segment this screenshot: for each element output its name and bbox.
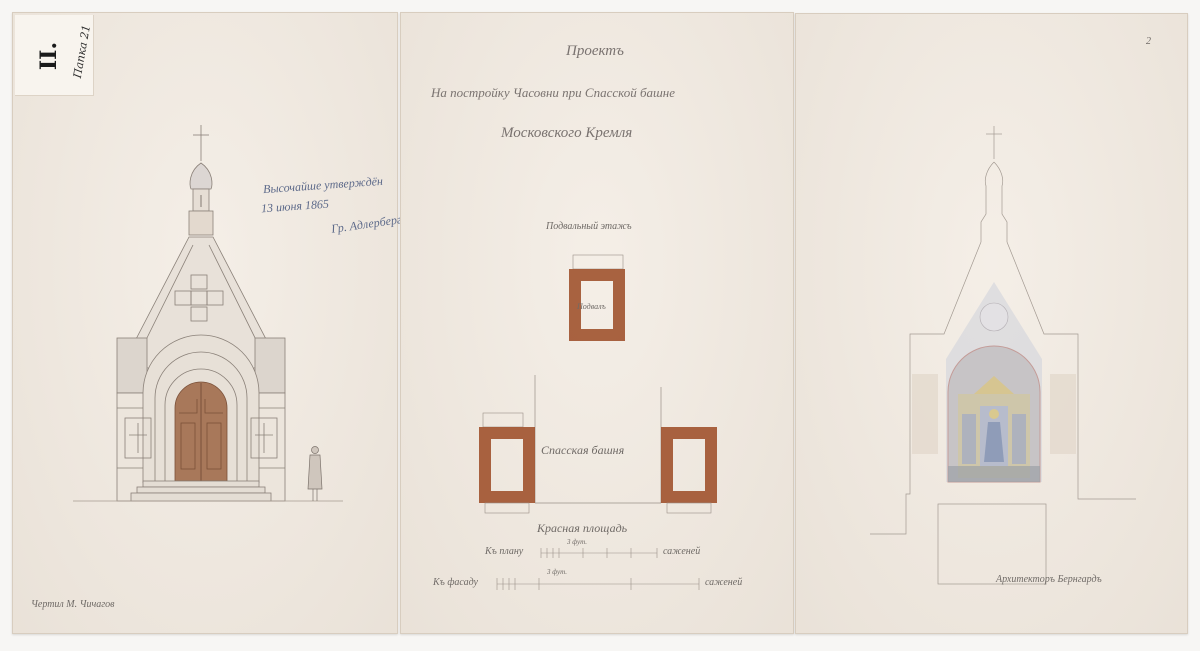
spasskaya-tower-label: Спасская башня: [541, 443, 624, 458]
scale-figure: [308, 447, 322, 502]
facade-scale-end-label: саженей: [705, 577, 742, 588]
right-chapel-plan: [661, 427, 717, 513]
architect-caption: Архитекторъ Бернгардъ: [996, 574, 1102, 585]
drawing-sheet-plans: Проектъ На постройку Часовни при Спасско…: [400, 12, 794, 634]
plan-scale-unit: 3 фут.: [567, 538, 587, 546]
left-chapel-plan: [479, 413, 535, 513]
draftsman-caption: Чертил М. Чичагов: [31, 599, 115, 610]
drawing-sheet-elevation: II. Папка 21 Высочайше утверждён 13 июня…: [12, 12, 398, 634]
drawing-sheet-section: 2 Архитекторъ Бернгардъ: [795, 13, 1188, 634]
chapel-section-drawing: [796, 14, 1187, 633]
basement-room-label: Подвалъ: [577, 302, 606, 311]
facade-scale-label: Къ фасаду: [433, 577, 478, 588]
chapel-elevation-drawing: [13, 13, 397, 633]
plan-scale-label: Къ плану: [485, 546, 523, 557]
red-square-label: Красная площадь: [537, 521, 627, 536]
floor-plans-drawing: [401, 13, 793, 633]
plan-scale-end-label: саженей: [663, 546, 700, 557]
facade-scale-unit: 3 фут.: [547, 568, 567, 576]
medallion-icon: [980, 303, 1008, 331]
basement-plan: [569, 255, 625, 341]
